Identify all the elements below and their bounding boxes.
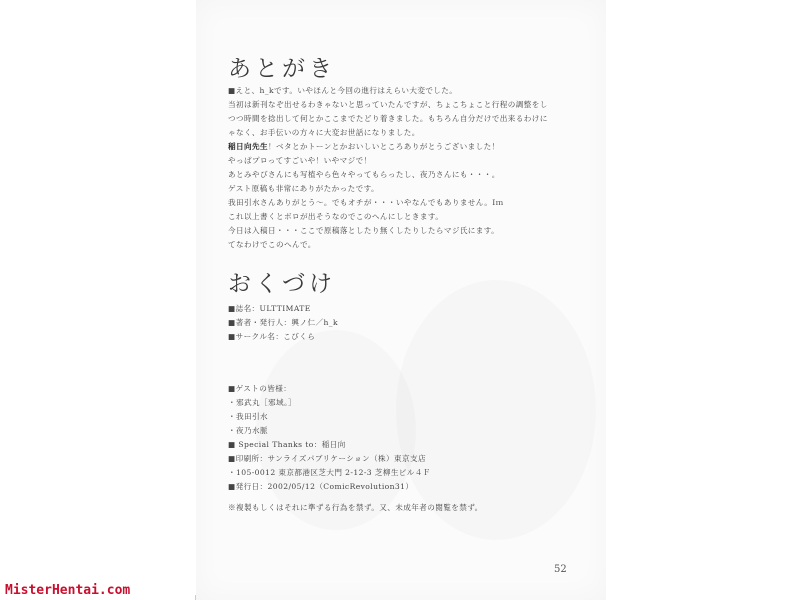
afterword-line: 稲日向先生！ベタとかトーンとかおいしいところありがとうございました！ bbox=[228, 142, 500, 152]
colophon-info-circle: ■サークル名：こびくら bbox=[228, 332, 315, 342]
afterword-line: 我田引水さんありがとう～。でもオチが・・・いやなんでもありません。Iｍ bbox=[228, 198, 504, 208]
page-number: 52 bbox=[554, 564, 567, 575]
colophon-info-author: ■著者・発行人：興ノ仁／h_k bbox=[228, 318, 338, 328]
guest-item: ・邪武丸［邪域。］ bbox=[228, 398, 296, 408]
colophon-title: おくづけ bbox=[228, 265, 336, 298]
afterword-line: てなわけでこのへんで。 bbox=[228, 240, 316, 250]
site-watermark: MisterHentai.com bbox=[5, 583, 130, 598]
afterword-line: 当初は新刊なぞ出せるわきゃないと思っていたんですが、ちょこちょこと行程の調整をし bbox=[228, 100, 548, 110]
guests-header: ■ゲストの皆様： bbox=[228, 384, 291, 394]
guest-item: ・夜乃水脈 bbox=[228, 426, 268, 436]
afterword-line: ■えと、h_kです。いやほんと今回の進行はえらい大変でした。 bbox=[228, 86, 457, 96]
afterword-line: ゃなく、お手伝いの方々に大変お世話になりました。 bbox=[228, 128, 420, 138]
thanks-text: ！ベタとかトーンとかおいしいところありがとうございました！ bbox=[268, 142, 500, 151]
afterword-line: 今日は入稿日・・・ここで原稿落としたり無くしたりしたらマジ氏にます。 bbox=[228, 226, 499, 236]
special-thanks: ■ Special Thanks to：稲日向 bbox=[228, 440, 346, 450]
colophon-info-title: ■誌名：ULTTIMATE bbox=[228, 304, 311, 314]
page-edge-mark bbox=[195, 595, 196, 600]
faint-background-figure bbox=[396, 280, 596, 540]
afterword-line: ゲスト原稿も非常にありがたかったです。 bbox=[228, 184, 379, 194]
thanks-name-bold: 稲日向先生 bbox=[228, 142, 268, 151]
printer: ■印刷所：サンライズパブリケーション（株）東京支店 bbox=[228, 454, 426, 464]
publish-date: ■発行日：2002/05/12（ComicRevolution31） bbox=[228, 482, 413, 492]
copyright-notice: ※複製もしくはそれに準ずる行為を禁ず。又、未成年者の閲覧を禁ず。 bbox=[228, 503, 483, 513]
faint-background-figure bbox=[256, 330, 416, 530]
guest-item: ・我田引水 bbox=[228, 412, 268, 422]
afterword-line: やっぱプロってすごいや！いやマジで！ bbox=[228, 156, 372, 166]
afterword-line: あとみやびさんにも写植やら色々やってもらったし、夜乃さんにも・・・。 bbox=[228, 170, 500, 180]
afterword-title: あとがき bbox=[228, 50, 336, 83]
afterword-line: つつ時間を捻出して何とかここまでたどり着きました。もちろん自分だけで出来るわけに bbox=[228, 114, 548, 124]
printer-address: ・105-0012 東京都港区芝大門 2-12-3 芝柳生ビル４Ｆ bbox=[228, 468, 431, 478]
afterword-line: これ以上書くとボロが出そうなのでこのへんにしときます。 bbox=[228, 212, 443, 222]
